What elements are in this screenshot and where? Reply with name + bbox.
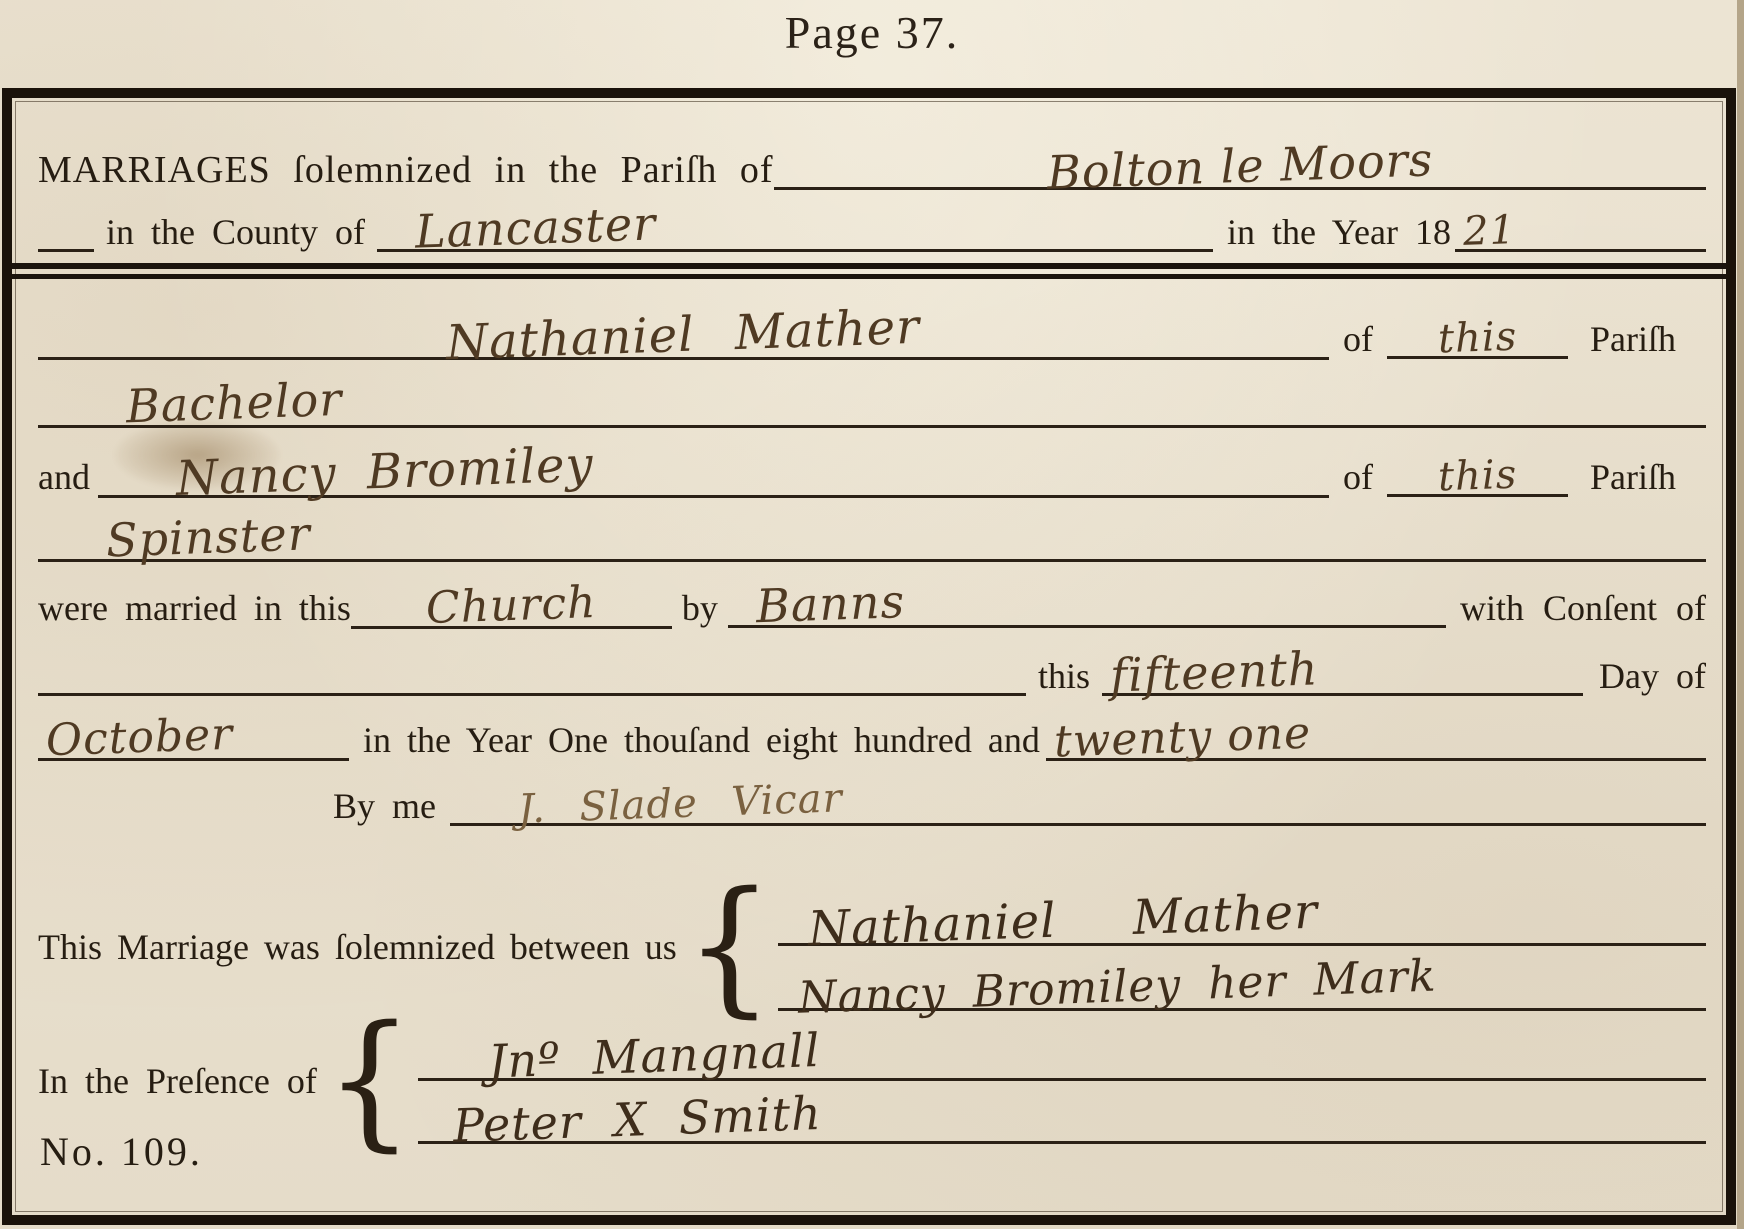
groom-of-printed-label: of [1343,320,1373,360]
solemnization-block: This Marriage was ſolemnized between us … [38,883,1706,1011]
married-printed-label: were married in this [38,589,351,629]
bride-name-value: Nancy Bromiley [105,444,594,504]
year-words-field: twenty one [1046,718,1706,761]
witness-signatures: Jnº Mangnall Peter X Smith [418,1018,1706,1144]
day-of-printed-label: Day of [1599,657,1706,697]
groom-signature-line: Nathaniel Mather [778,883,1706,946]
groom-line: Nathaniel Mather of this Pariſh [38,314,1706,360]
groom-of-field: this [1387,320,1568,359]
officiant-signature: J. Slade Vicar [457,780,843,829]
bride-condition-field: Spinster [38,518,1706,562]
groom-of-value: this [1437,319,1517,358]
bride-of-value: this [1437,457,1517,496]
county-value: Lancaster [384,203,656,254]
day-field: fifteenth [1102,652,1583,696]
bride-line: and Nancy Bromiley of this Pariſh [38,452,1706,498]
groom-name-value: Nathaniel Mather [446,306,921,366]
groom-condition-value: Bachelor [45,379,343,431]
year-line: October in the Year One thouſand eight h… [38,718,1706,761]
marriages-printed-label: MARRIAGES ſolemnized in the Pariſh of [38,150,774,192]
month-value: October [45,715,233,761]
page-edge-shadow [1737,0,1744,1229]
bride-of-printed-label: of [1343,458,1373,498]
day-value: fifteenth [1109,648,1319,697]
solemnization-signatures: Nathaniel Mather Nancy Bromiley her Mark [778,883,1706,1011]
witness1-signature: Jnº Mangnall [417,1030,821,1085]
bride-name-field: Nancy Bromiley [98,452,1329,498]
year-words-value: twenty one [1053,714,1311,763]
witness2-signature: Peter X Smith [417,1093,822,1148]
consent-blank-line: ​ [38,675,1026,696]
this-printed-label: this [1038,657,1090,697]
county-printed-label: in the County of [106,213,365,253]
register-page: Page 37. MARRIAGES ſolemnized in the Par… [0,0,1744,1229]
officiant-line: ​ By me J. Slade Vicar [38,787,1706,827]
parish-line: MARRIAGES ſolemnized in the Pariſh of Bo… [38,146,1706,192]
witnesses-block: In the Preſence of { Jnº Mangnall Peter … [38,1018,1706,1144]
year-printed-label: in the Year 18 [1227,213,1451,253]
method-field: Banns [728,584,1446,628]
ceremony-line: were married in this Church by Banns wit… [38,584,1706,629]
groom-signature: Nathaniel Mather [777,890,1318,952]
officiant-signature-field: J. Slade Vicar [450,787,1706,826]
by-me-printed-label: By me [333,787,436,827]
entry-number: No. 109. [40,1128,203,1175]
consent-printed-label: with Conſent of [1460,589,1706,629]
groom-condition-field: Bachelor [38,384,1706,428]
witness1-signature-line: Jnº Mangnall [418,1018,1706,1081]
solemnized-printed-label: This Marriage was ſolemnized between us [38,926,677,968]
groom-name-field: Nathaniel Mather [38,314,1329,360]
year-value: 21 [1462,212,1516,250]
bride-condition-line: Spinster [38,518,1706,562]
method-value: Banns [735,581,905,628]
and-printed-label: and [38,458,90,498]
year-field: 21 [1455,213,1706,252]
groom-condition-line: Bachelor [38,384,1706,428]
day-line: ​ this fifteenth Day of [38,652,1706,697]
county-field: Lancaster [377,208,1213,252]
parish-name-value: Bolton le Moors [1046,139,1433,194]
county-line: ​ in the County of Lancaster in the Year… [38,208,1706,253]
bride-of-field: this [1387,458,1568,497]
witness2-signature-line: Peter X Smith [418,1081,1706,1144]
section-divider-rule [12,263,1726,279]
witnesses-brace: { [325,1018,414,1144]
solemnization-brace: { [685,884,774,1010]
by-printed-label: by [682,589,718,629]
county-left-stub-line: ​ [38,231,94,252]
parish-name-field: Bolton le Moors [774,146,1706,190]
officiant-indent: ​ [38,805,333,823]
groom-parish-printed-label: Pariſh [1590,320,1676,360]
month-field: October [38,718,349,761]
bride-signature-line: Nancy Bromiley her Mark [778,946,1706,1011]
bride-signature: Nancy Bromiley her Mark [777,957,1437,1020]
page-number-heading: Page 37. [0,6,1744,59]
place-field: Church [351,586,672,629]
bride-condition-value: Spinster [45,513,311,564]
bride-parish-printed-label: Pariſh [1590,458,1676,498]
place-value: Church [426,583,598,629]
year-words-printed-label: in the Year One thouſand eight hundred a… [363,721,1040,761]
presence-printed-label: In the Preſence of [38,1060,317,1102]
